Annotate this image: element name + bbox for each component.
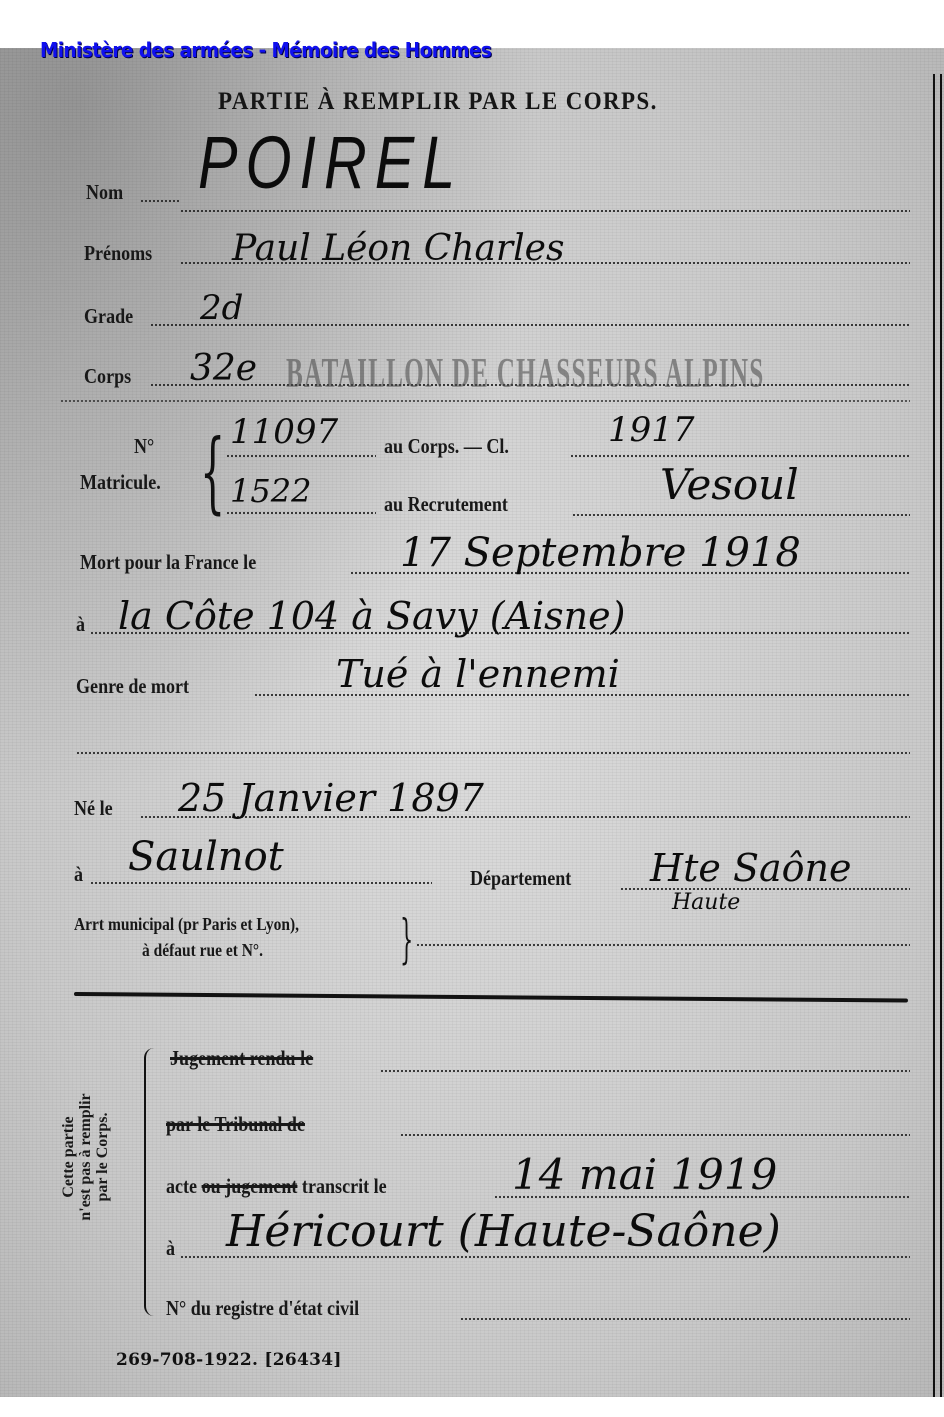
departement-value: Hte Saône — [650, 846, 852, 890]
arrondissement-label-1: Arrt municipal (pr Paris et Lyon), — [74, 914, 299, 935]
grade-label: Grade — [84, 304, 133, 329]
corps-value: 32e — [190, 348, 257, 389]
right-border-line — [933, 74, 935, 1397]
lieu-transcription-value: Héricourt (Haute-Saône) — [226, 1206, 781, 1257]
mort-label: Mort pour la France le — [80, 550, 256, 575]
prenoms-label: Prénoms — [84, 241, 152, 266]
no-label: N° — [134, 434, 154, 459]
classe-value: 1917 — [608, 410, 695, 450]
lower-section-brace — [144, 1048, 154, 1316]
form-heading: PARTIE À REMPLIR PAR LE CORPS. — [218, 88, 658, 116]
matricule-brace: { — [200, 420, 225, 523]
dotted-line — [460, 1318, 910, 1320]
dotted-line — [90, 882, 432, 884]
matricule-recrutement-number: 1522 — [230, 472, 311, 510]
ne-le-value: 25 Janvier 1897 — [178, 776, 484, 820]
tribunal-label: par le Tribunal de — [166, 1112, 305, 1137]
matricule-corps-number: 11097 — [230, 412, 338, 452]
acte-prefix: acte — [166, 1174, 197, 1198]
right-border-line — [940, 74, 942, 1397]
au-recrutement-label: au Recrutement — [384, 492, 508, 517]
matricule-label: Matricule. — [80, 470, 161, 495]
genre-mort-label: Genre de mort — [76, 674, 189, 699]
unit-stamp: BATAILLON DE CHASSEURS ALPINS — [286, 350, 764, 398]
lieu-transcription-label: à — [166, 1236, 175, 1261]
dotted-line — [572, 514, 910, 516]
mort-date: 17 Septembre 1918 — [400, 530, 801, 576]
dotted-line — [380, 1070, 910, 1072]
jugement-label: Jugement rendu le — [170, 1046, 313, 1071]
dotted-line — [140, 200, 180, 202]
dotted-line — [226, 455, 376, 457]
recrutement-place: Vesoul — [660, 460, 799, 509]
prenoms-value: Paul Léon Charles — [232, 228, 564, 269]
lieu-naissance-value: Saulnot — [128, 834, 284, 880]
acte-label: acte ou jugement transcrit le — [166, 1174, 387, 1199]
dotted-line — [416, 944, 910, 946]
source-watermark: Ministère des armées - Mémoire des Homme… — [40, 38, 491, 62]
au-corps-label: au Corps. — Cl. — [384, 434, 509, 459]
corps-label: Corps — [84, 364, 131, 389]
lieu-naissance-label: à — [74, 862, 83, 887]
acte-suffix: transcrit le — [302, 1174, 387, 1198]
lieu-mort-value: la Côte 104 à Savy (Aisne) — [118, 594, 625, 638]
lower-section-note: Cette partie n'est pas à remplir par le … — [60, 1042, 111, 1272]
lieu-mort-label: à — [76, 612, 85, 637]
print-reference: 269-708-1922. [26434] — [116, 1350, 342, 1370]
acte-struck: ou jugement — [202, 1174, 298, 1198]
grade-value: 2d — [200, 288, 243, 328]
dotted-line — [226, 512, 376, 514]
dotted-line — [400, 1134, 910, 1136]
dotted-line — [180, 210, 910, 212]
nom-value: POIREL — [198, 120, 463, 205]
registre-label: N° du registre d'état civil — [166, 1296, 359, 1321]
dotted-line — [60, 400, 910, 402]
transcription-date: 14 mai 1919 — [512, 1150, 777, 1199]
dotted-line — [150, 324, 910, 326]
departement-label: Département — [470, 866, 571, 891]
dotted-line — [570, 455, 910, 457]
dotted-line — [76, 752, 910, 754]
nom-label: Nom — [86, 180, 123, 205]
arrondissement-brace: } — [400, 910, 413, 970]
genre-mort-value: Tué à l'ennemi — [336, 652, 620, 696]
ne-le-label: Né le — [74, 796, 113, 821]
arrondissement-label-2: à défaut rue et N°. — [142, 940, 263, 961]
departement-sub: Haute — [672, 890, 740, 915]
